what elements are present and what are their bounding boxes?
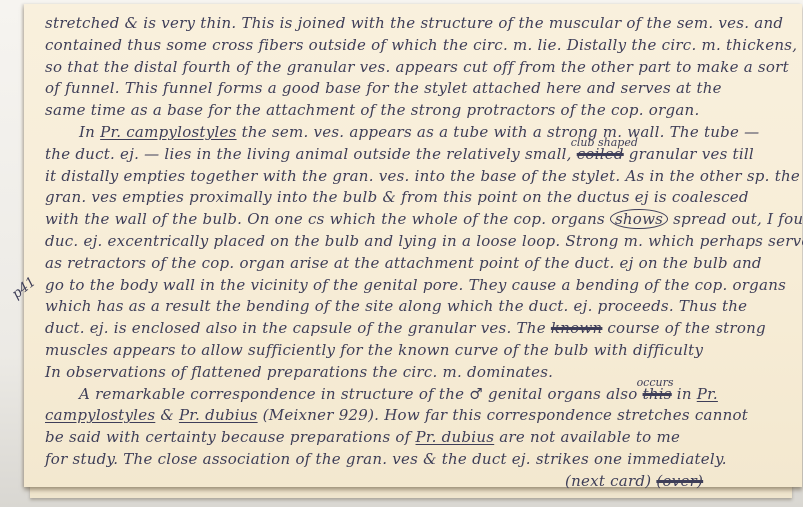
underlined-text: Pr. [697,385,718,403]
text-run: stretched & is very thin. This is joined… [45,14,783,32]
handwritten-line: with the wall of the bulb. On one cs whi… [45,209,798,231]
text-run: spread out, I found the [668,210,803,228]
text-run: as retractors of the cop. organ arise at… [45,254,762,272]
text-run: granular ves till [624,145,754,163]
underlined-text: Pr. dubius [416,428,495,446]
handwritten-line: duct. ej. is enclosed also in the capsul… [45,318,798,340]
handwritten-line: the duct. ej. — lies in the living anima… [45,144,798,166]
text-run: with the wall of the bulb. On one cs whi… [45,210,610,228]
handwritten-line: so that the distal fourth of the granula… [45,57,798,79]
struck-out-text: (over) [656,472,703,490]
text-run: of funnel. This funnel forms a good base… [45,79,722,97]
text-run: In observations of flattened preparation… [45,363,553,381]
text-run: are not available to me [494,428,680,446]
handwriting-text: stretched & is very thin. This is joined… [45,13,798,493]
text-run: which has as a result the bending of the… [45,297,747,315]
text-run: A remarkable correspondence in structure… [79,385,643,403]
underlined-text: Pr. campylostyles [100,123,236,141]
handwritten-line: which has as a result the bending of the… [45,296,798,318]
text-run: course of the strong [602,319,766,337]
handwritten-line: it distally empties together with the gr… [45,166,798,188]
handwritten-line: muscles appears to allow sufficiently fo… [45,340,798,362]
text-run: (Meixner 929). How far this corresponden… [258,406,748,424]
underlined-text: Pr. dubius [179,406,258,424]
index-card: p41 stretched & is very thin. This is jo… [24,4,802,487]
handwritten-line: for study. The close association of the … [45,449,798,471]
text-run: muscles appears to allow sufficiently fo… [45,341,703,359]
handwritten-line: duc. ej. excentrically placed on the bul… [45,231,798,253]
text-run: & [155,406,179,424]
handwritten-line: stretched & is very thin. This is joined… [45,13,798,35]
handwritten-line: In Pr. campylostyles the sem. ves. appea… [45,122,798,144]
text-run: the duct. ej. — lies in the living anima… [45,145,577,163]
handwritten-line: same time as a base for the attachment o… [45,100,798,122]
insertion-anchor: occursthis [643,385,672,403]
text-run: In [79,123,100,141]
handwritten-line: as retractors of the cop. organ arise at… [45,253,798,275]
text-run: gran. ves empties proximally into the bu… [45,188,749,206]
struck-out-text: known [551,319,603,337]
margin-note-page-number: p41 [9,274,39,303]
text-run: so that the distal fourth of the granula… [45,58,789,76]
text-run: contained thus some cross fibers outside… [45,36,797,54]
circled-text: shows [610,209,668,229]
text-run: duct. ej. is enclosed also in the capsul… [45,319,551,337]
handwritten-line: In observations of flattened preparation… [45,362,798,384]
text-run: for study. The close association of the … [45,450,727,468]
text-run: duc. ej. excentrically placed on the bul… [45,232,803,250]
handwritten-line: A remarkable correspondence in structure… [45,384,798,406]
handwritten-line: campylostyles & Pr. dubius (Meixner 929)… [45,405,798,427]
handwritten-line: be said with certainty because preparati… [45,427,798,449]
text-run: (next card) [565,472,656,490]
handwritten-line: of funnel. This funnel forms a good base… [45,78,798,100]
underlined-text: campylostyles [45,406,155,424]
text-run: it distally empties together with the gr… [45,167,800,185]
inserted-text-above: club shaped [571,132,638,154]
inserted-text-above: occurs [637,372,674,394]
text-run: the sem. ves. appears as a tube with a s… [237,123,760,141]
handwritten-line: gran. ves empties proximally into the bu… [45,187,798,209]
text-run: be said with certainty because preparati… [45,428,416,446]
scan-background: p41 stretched & is very thin. This is jo… [0,0,803,507]
text-run: same time as a base for the attachment o… [45,101,700,119]
insertion-anchor: club shapedcoiled [577,145,624,163]
handwritten-line: go to the body wall in the vicinity of t… [45,275,798,297]
handwritten-line: contained thus some cross fibers outside… [45,35,798,57]
handwritten-line: (next card) (over) [45,471,798,493]
text-run: in [672,385,697,403]
text-run: go to the body wall in the vicinity of t… [45,276,786,294]
